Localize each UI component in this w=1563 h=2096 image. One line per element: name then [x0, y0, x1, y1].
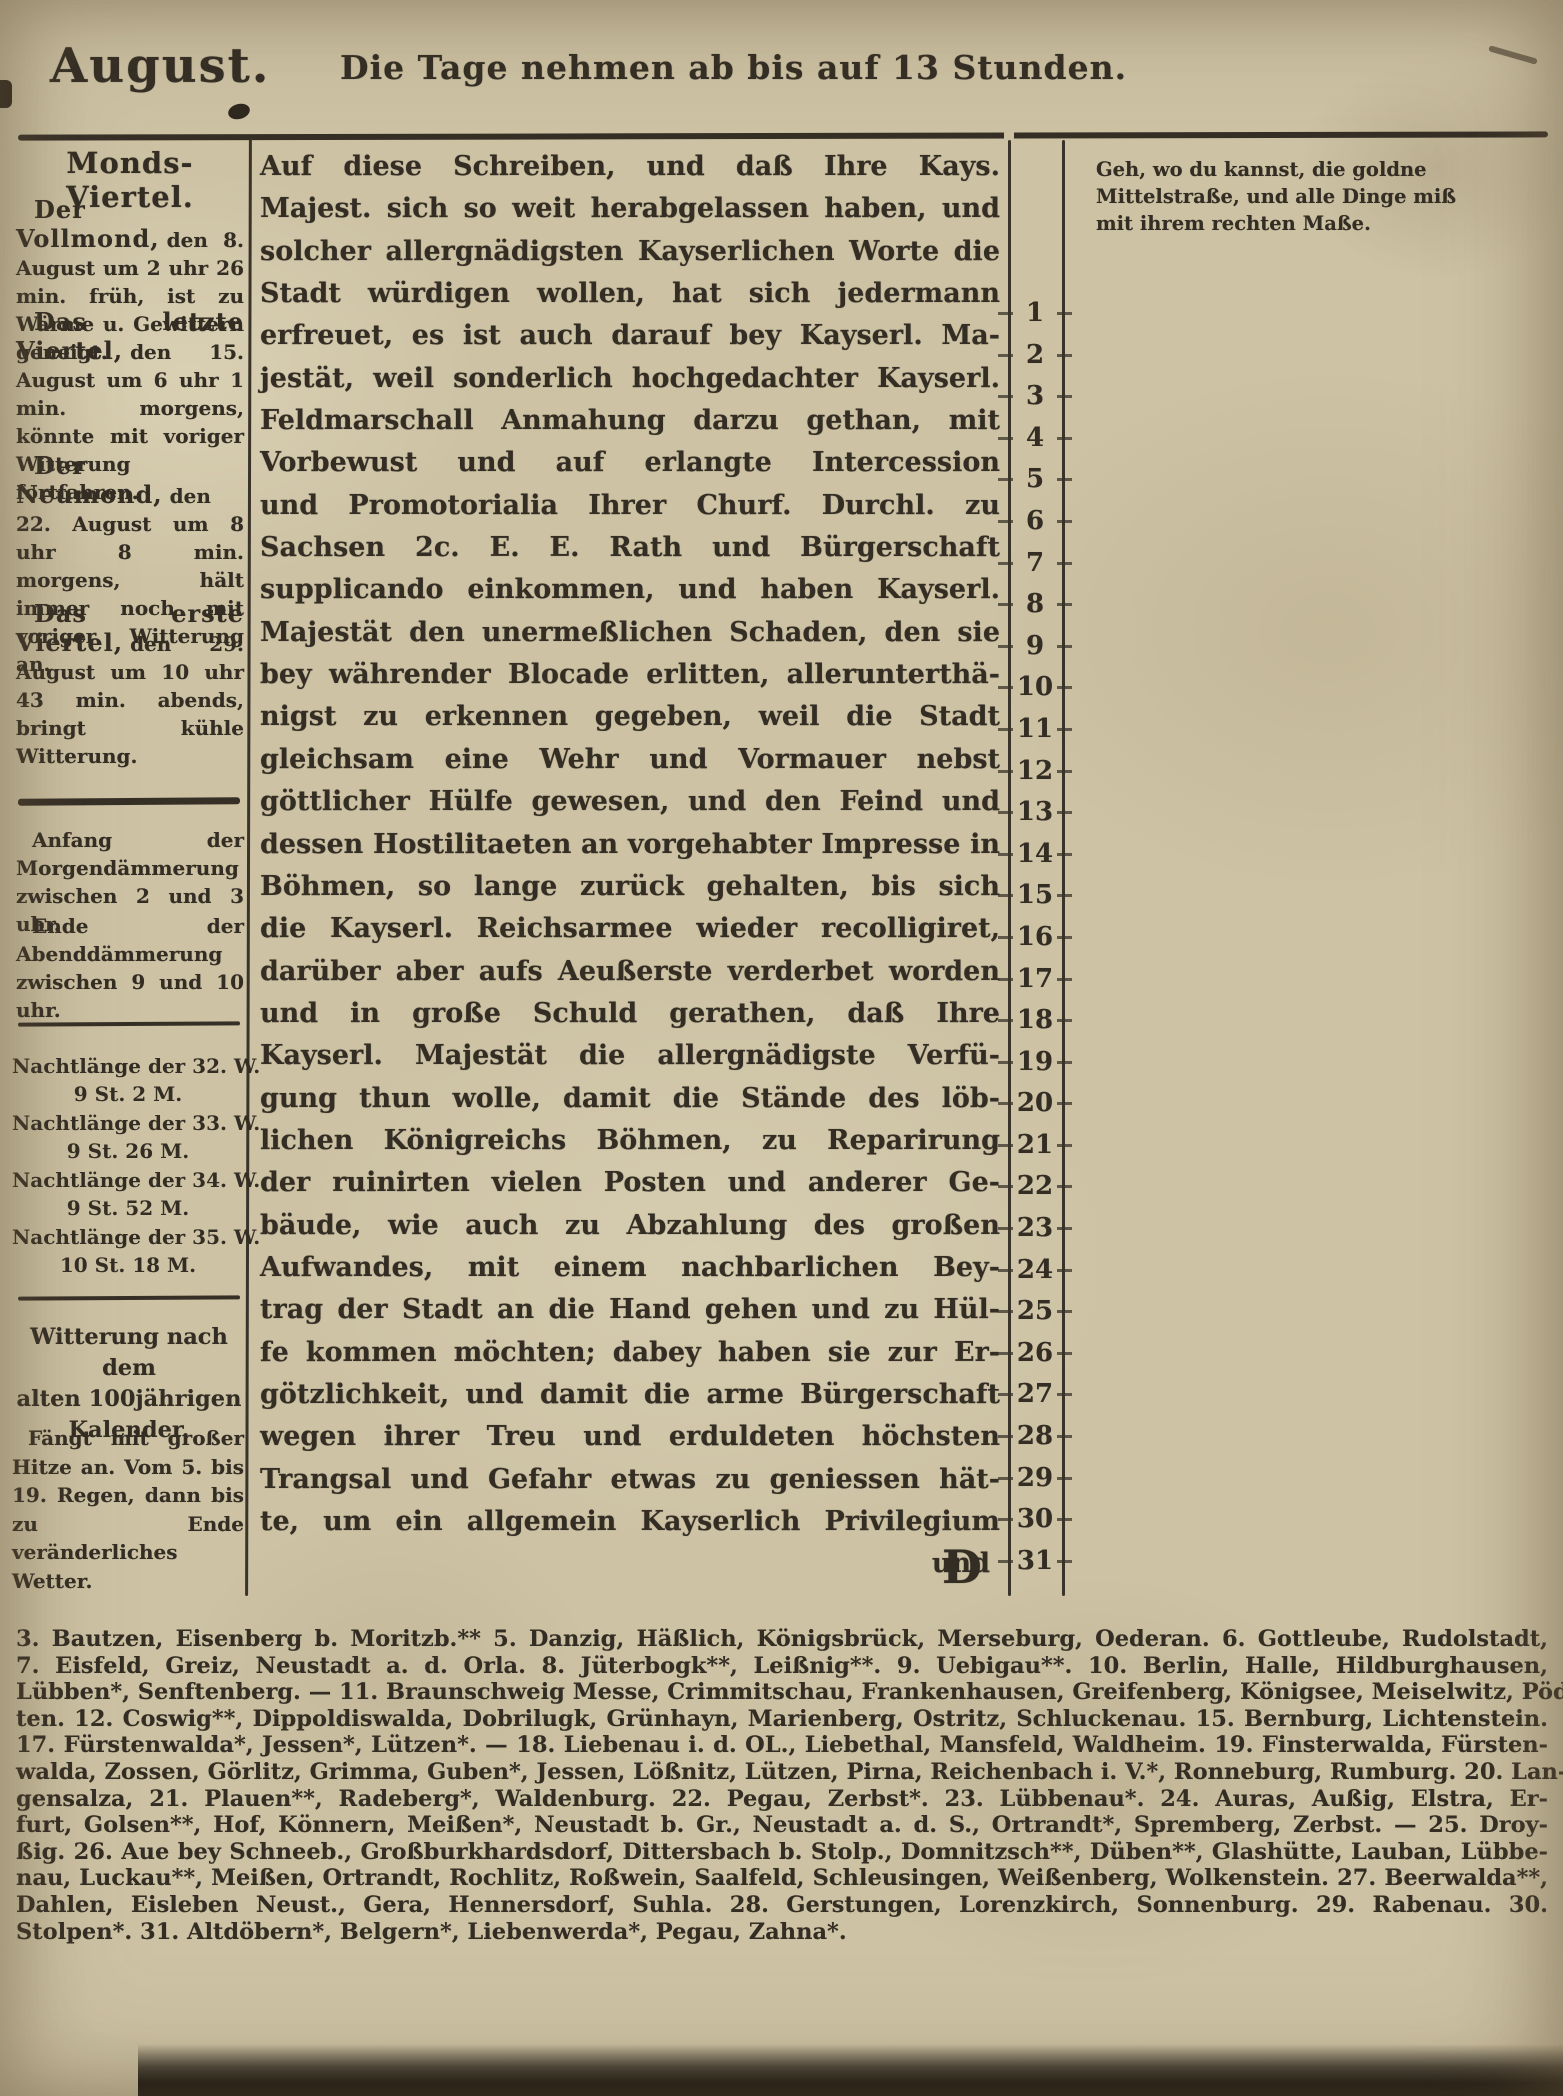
- article-line: erfreuet, es ist auch darauf bey Kayserl…: [260, 315, 1000, 357]
- article-line: Aufwandes, mit einem nachbarlichen Bey-: [260, 1247, 1000, 1289]
- market-days-line: Stolpen*. 31. Altdöbern*, Belgern*, Lieb…: [16, 1919, 1548, 1946]
- article-line: und Promotorialia Ihrer Churf. Durchl. z…: [260, 485, 1000, 527]
- market-days-line: walda, Zossen, Görlitz, Grimma, Guben*, …: [16, 1759, 1548, 1786]
- day-number: 28: [1011, 1421, 1059, 1451]
- day-number: 7: [1011, 548, 1059, 578]
- article-line: Vorbewust und auf erlangte Intercession: [260, 442, 1000, 484]
- market-days-line: 17. Fürstenwalda*, Jessen*, Lützen*. — 1…: [16, 1732, 1548, 1759]
- day-number: 29: [1011, 1463, 1059, 1493]
- day-number-column: 1234567891011121314151617181920212223242…: [1011, 298, 1059, 1576]
- scan-edge-shadow: [138, 2044, 1563, 2096]
- first-quarter-paragraph: Das erste Viertel,den 29. August um 10 u…: [16, 600, 244, 770]
- market-days-line: nau, Luckau**, Meißen, Ortrandt, Rochlit…: [16, 1865, 1548, 1892]
- day-number: 2: [1011, 340, 1059, 370]
- article-line: götzlichkeit, und damit die arme Bürgers…: [260, 1374, 1000, 1416]
- day-number: 4: [1011, 423, 1059, 453]
- day-number: 9: [1011, 631, 1059, 661]
- article-line: trag der Stadt an die Hand gehen und zu …: [260, 1289, 1000, 1331]
- article-line: bäude, wie auch zu Abzahlung des großen: [260, 1205, 1000, 1247]
- article-line: Trangsal und Gefahr etwas zu geniessen h…: [260, 1459, 1000, 1501]
- article-line: bey währender Blocade erlitten, allerunt…: [260, 654, 1000, 696]
- motto-line: Geh, wo du kannst, die goldne: [1096, 156, 1466, 183]
- article-line: nigst zu erkennen gegeben, weil die Stad…: [260, 696, 1000, 738]
- night-length-row: Nachtlänge der 34. W. 9 St. 52 M.: [12, 1166, 244, 1223]
- article-line: supplicando einkommen, und haben Kayserl…: [260, 569, 1000, 611]
- day-number: 20: [1011, 1088, 1059, 1118]
- article-line: und in große Schuld gerathen, daß Ihre: [260, 993, 1000, 1035]
- new-moon-lead: Der Neumond,: [16, 451, 163, 509]
- day-number: 31: [1011, 1546, 1059, 1576]
- night-length-value: 9 St. 26 M.: [12, 1137, 244, 1165]
- motto-line: Mittelstraße, und alle Dinge miß: [1096, 183, 1466, 210]
- ink-speck: [226, 101, 251, 121]
- article-line: solcher allergnädigsten Kayserlichen Wor…: [260, 231, 1000, 273]
- day-number: 10: [1011, 672, 1059, 702]
- day-number: 24: [1011, 1255, 1059, 1285]
- left-column-divider: [18, 797, 240, 806]
- main-article: Auf diese Schreiben, und daß Ihre Kays.M…: [260, 146, 1000, 1586]
- market-days-line: 7. Eisfeld, Greiz, Neustadt a. d. Orla. …: [16, 1653, 1548, 1680]
- day-number: 30: [1011, 1504, 1059, 1534]
- article-line: gung thun wolle, damit die Stände des lö…: [260, 1078, 1000, 1120]
- article-line: darüber aber aufs Aeußerste verderbet wo…: [260, 951, 1000, 993]
- day-number: 6: [1011, 506, 1059, 536]
- day-number: 27: [1011, 1379, 1059, 1409]
- day-number: 3: [1011, 381, 1059, 411]
- article-line: Kayserl. Majestät die allergnädigste Ver…: [260, 1035, 1000, 1077]
- article-line: Stadt würdigen wollen, hat sich jederman…: [260, 273, 1000, 315]
- almanac-page: August. Die Tage nehmen ab bis auf 13 St…: [0, 0, 1563, 2096]
- article-line: lichen Königreichs Böhmen, zu Reparirung: [260, 1120, 1000, 1162]
- market-days-line: Dahlen, Eisleben Neust., Gera, Hennersdo…: [16, 1892, 1548, 1919]
- article-line: dessen Hostilitaeten an vorgehabter Impr…: [260, 824, 1000, 866]
- night-length-list: Nachtlänge der 32. W. 9 St. 2 M. Nachtlä…: [12, 1052, 244, 1280]
- day-column-rule-right: [1062, 140, 1065, 1596]
- day-number: 22: [1011, 1171, 1059, 1201]
- market-days-line: Lübben*, Senftenberg. — 11. Braunschweig…: [16, 1679, 1548, 1706]
- ink-speck: [1488, 45, 1538, 65]
- night-length-label: Nachtlänge der 32. W.: [12, 1052, 244, 1080]
- day-number: 8: [1011, 589, 1059, 619]
- day-number: 12: [1011, 756, 1059, 786]
- article-line: und: [260, 1543, 1000, 1585]
- night-length-label: Nachtlänge der 33. W.: [12, 1109, 244, 1137]
- night-length-value: 10 St. 18 M.: [12, 1251, 244, 1279]
- article-line: Majest. sich so weit herabgelassen haben…: [260, 188, 1000, 230]
- column-divider-left: [245, 138, 252, 1596]
- night-length-row: Nachtlänge der 33. W. 9 St. 26 M.: [12, 1109, 244, 1166]
- article-line: Auf diese Schreiben, und daß Ihre Kays.: [260, 146, 1000, 188]
- weather-heading-line: alten 100jährigen: [16, 1384, 242, 1415]
- left-column-divider: [18, 1021, 240, 1026]
- evening-twilight-paragraph: Ende der Abenddämmerung zwischen 9 und 1…: [16, 912, 244, 1024]
- day-number: 18: [1011, 1005, 1059, 1035]
- night-length-row: Nachtlänge der 35. W. 10 St. 18 M.: [12, 1223, 244, 1280]
- market-days-line: ßig. 26. Aue bey Schneeb., Großburkhards…: [16, 1839, 1548, 1866]
- day-number: 26: [1011, 1338, 1059, 1368]
- article-line: Sachsen 2c. E. E. Rath und Bürgerschaft: [260, 527, 1000, 569]
- day-number: 19: [1011, 1047, 1059, 1077]
- day-number: 11: [1011, 714, 1059, 744]
- market-days-line: furt, Golsen**, Hof, Könnern, Meißen*, N…: [16, 1812, 1548, 1839]
- article-line: te, um ein allgemein Kayserlich Privileg…: [260, 1501, 1000, 1543]
- day-number: 16: [1011, 922, 1059, 952]
- article-line: jestät, weil sonderlich hochgedachter Ka…: [260, 358, 1000, 400]
- article-line: Feldmarschall Anmahung darzu gethan, mit: [260, 400, 1000, 442]
- night-length-value: 9 St. 52 M.: [12, 1194, 244, 1222]
- full-moon-lead: Der Vollmond,: [16, 195, 160, 253]
- day-number: 25: [1011, 1296, 1059, 1326]
- header-rule: [18, 131, 1548, 140]
- night-length-label: Nachtlänge der 35. W.: [12, 1223, 244, 1251]
- motto: Geh, wo du kannst, die goldneMittelstraß…: [1096, 156, 1466, 237]
- article-line: göttlicher Hülfe gewesen, und den Feind …: [260, 781, 1000, 823]
- article-line: gleichsam eine Wehr und Vormauer nebst: [260, 739, 1000, 781]
- article-line: die Kayserl. Reichsarmee wieder recollig…: [260, 908, 1000, 950]
- weather-forecast: Fängt mit großer Hitze an. Vom 5. bis 19…: [12, 1424, 244, 1595]
- day-number: 14: [1011, 839, 1059, 869]
- article-line: fe kommen möchten; dabey haben sie zur E…: [260, 1332, 1000, 1374]
- market-days-line: 3. Bautzen, Eisenberg b. Moritzb.** 5. D…: [16, 1626, 1548, 1653]
- page-month-heading: August.: [50, 38, 271, 94]
- market-days-line: ten. 12. Coswig**, Dippoldiswalda, Dobri…: [16, 1706, 1548, 1733]
- motto-line: mit ihrem rechten Maße.: [1096, 210, 1466, 237]
- day-number: 17: [1011, 964, 1059, 994]
- left-column-divider: [18, 1295, 240, 1300]
- night-length-label: Nachtlänge der 34. W.: [12, 1166, 244, 1194]
- article-line: Majestät den unermeßlichen Schaden, den …: [260, 612, 1000, 654]
- night-length-value: 9 St. 2 M.: [12, 1080, 244, 1108]
- day-number: 5: [1011, 464, 1059, 494]
- weather-heading-line: Witterung nach dem: [16, 1322, 242, 1384]
- signature-mark: D: [942, 1540, 982, 1594]
- day-number: 1: [1011, 298, 1059, 328]
- day-number: 15: [1011, 880, 1059, 910]
- article-line: wegen ihrer Treu und erduldeten höchsten: [260, 1416, 1000, 1458]
- article-line: der ruinirten vielen Posten und anderer …: [260, 1162, 1000, 1204]
- market-days-line: gensalza, 21. Plauen**, Radeberg*, Walde…: [16, 1786, 1548, 1813]
- day-number: 13: [1011, 797, 1059, 827]
- day-number: 23: [1011, 1213, 1059, 1243]
- page-title: Die Tage nehmen ab bis auf 13 Stunden.: [340, 48, 1000, 87]
- ink-speck: [0, 80, 12, 108]
- market-days-list: 3. Bautzen, Eisenberg b. Moritzb.** 5. D…: [16, 1626, 1548, 1945]
- night-length-row: Nachtlänge der 32. W. 9 St. 2 M.: [12, 1052, 244, 1109]
- article-line: Böhmen, so lange zurück gehalten, bis si…: [260, 866, 1000, 908]
- day-number: 21: [1011, 1130, 1059, 1160]
